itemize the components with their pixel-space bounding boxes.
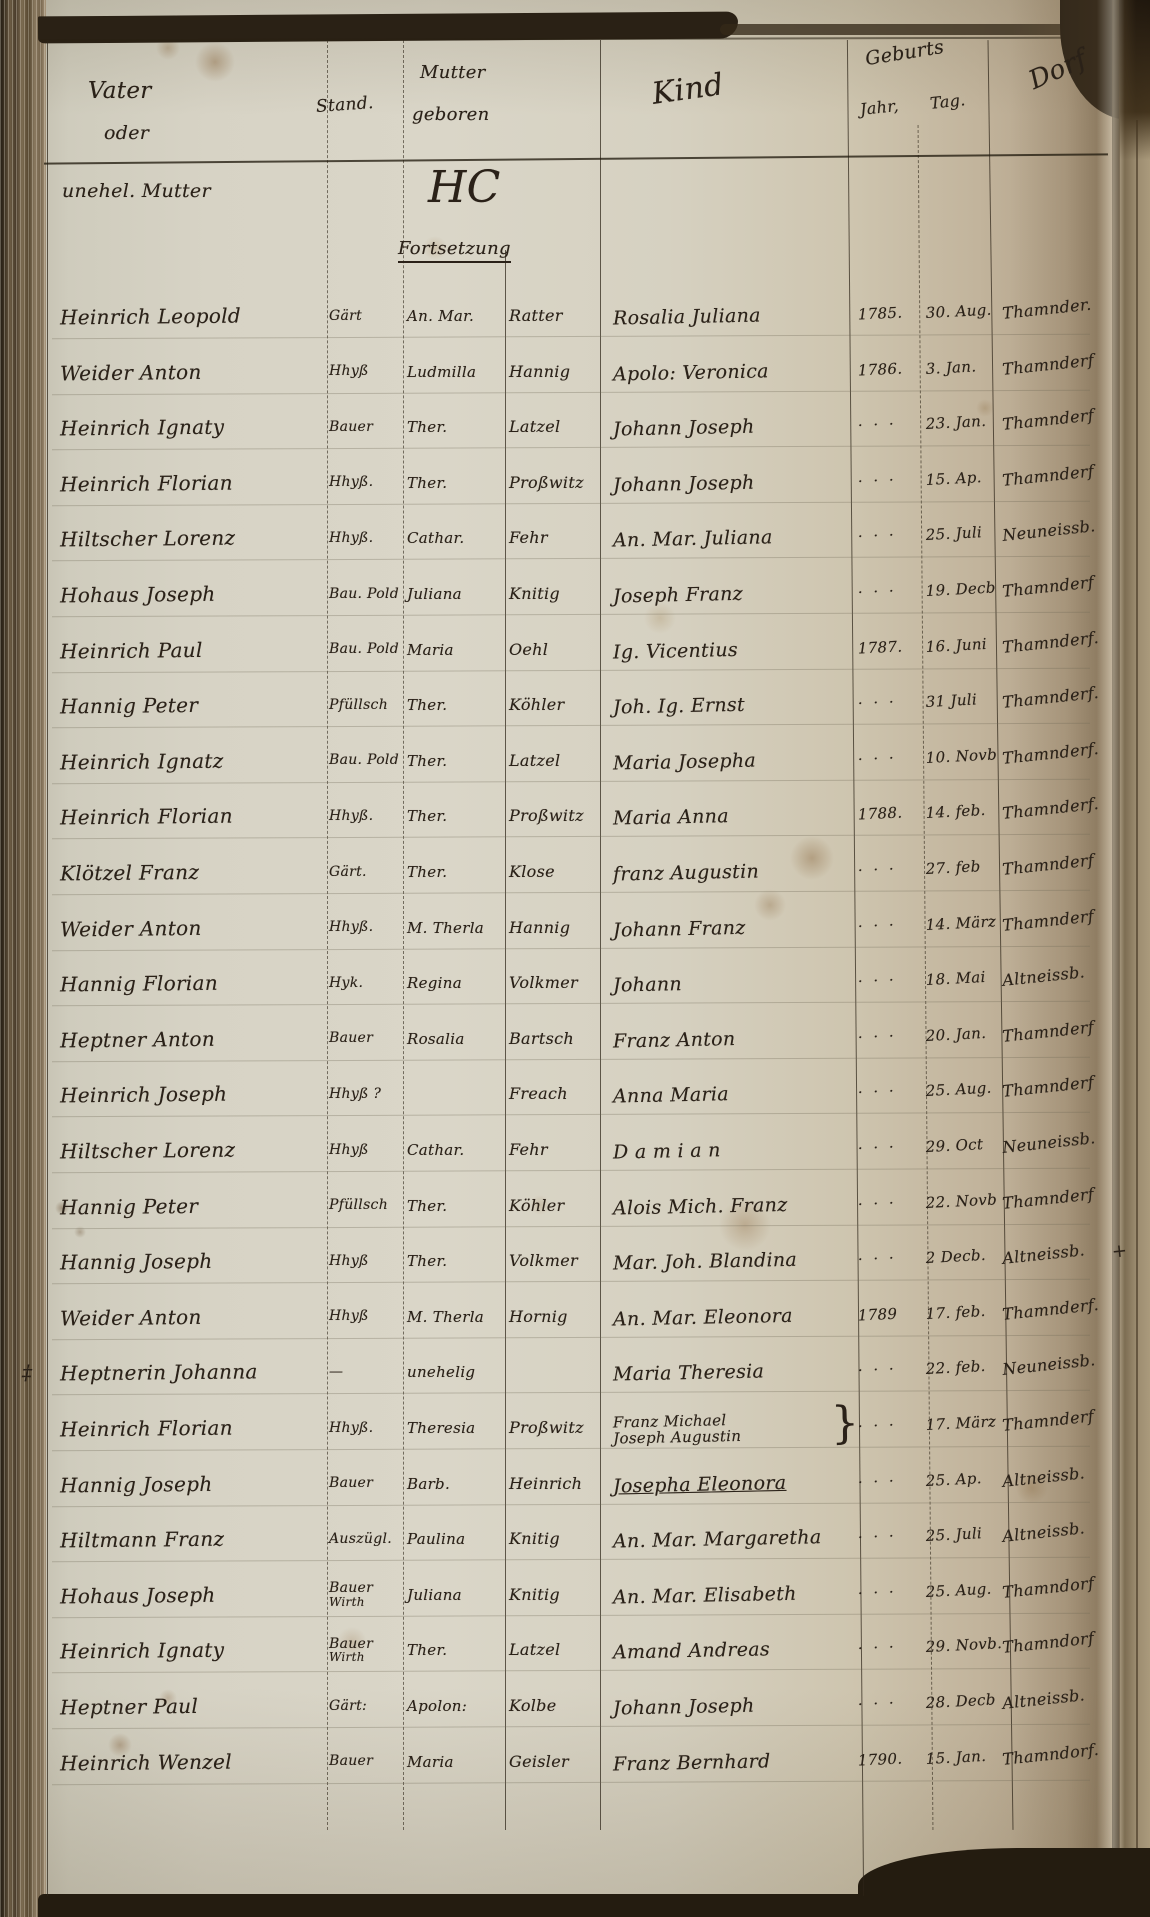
cell-mother-surname: Fehr xyxy=(509,510,605,566)
cell-mother-surname xyxy=(509,1344,605,1400)
cell-mother-surname: Latzel xyxy=(509,733,605,789)
cell-birth-year: · · · xyxy=(857,395,925,454)
cell-father-name: Hannig Peter xyxy=(60,676,329,735)
cell-stand: Hhyß. xyxy=(329,510,405,566)
register-row: Weider AntonHhyßM. TherlaHornigAn. Mar. … xyxy=(0,1289,1150,1345)
cell-stand: Bau. Pold xyxy=(329,622,405,678)
cell-birth-day: 20. Jan. xyxy=(924,1004,1005,1064)
register-row: Hiltscher LorenzHhyßCathar.FehrD a m i a… xyxy=(0,1122,1150,1178)
cell-birth-year: · · · xyxy=(857,1562,925,1621)
cell-birth-day: 27. feb xyxy=(924,837,1005,897)
cell-birth-year: · · · xyxy=(857,1173,925,1232)
cell-mother-surname: Geisler xyxy=(509,1734,605,1790)
register-row: Hannig PeterPfüllschTher.KöhlerJoh. Ig. … xyxy=(0,677,1150,733)
cell-birth-year: · · · xyxy=(857,1507,925,1566)
cell-stand: Bauer xyxy=(329,1011,405,1067)
cell-mother-surname: Hannig xyxy=(509,344,605,400)
cell-mother-given: Ther. xyxy=(407,788,507,844)
cell-birth-day: 15. Jan. xyxy=(924,1727,1005,1787)
cell-child-name: Joseph Franz xyxy=(612,563,857,624)
cell-father-name: Hiltmann Franz xyxy=(60,1510,329,1569)
cell-mother-given: M. Therla xyxy=(407,1289,507,1345)
cell-father-name: Hannig Joseph xyxy=(60,1454,329,1513)
cell-stand: Hhyß xyxy=(329,1122,405,1178)
cell-father-name: Heptnerin Johanna xyxy=(60,1343,329,1402)
cell-birth-year: · · · xyxy=(857,840,925,899)
cell-stand: Hhyß. xyxy=(329,455,405,511)
cell-birth-year: · · · xyxy=(857,1340,925,1399)
cell-mother-surname: Bartsch xyxy=(509,1011,605,1067)
register-row: Heinrich IgnatyBauerTher.LatzelJohann Jo… xyxy=(0,399,1150,455)
cell-child-name: Johann Joseph xyxy=(612,1675,857,1736)
cell-stand: Gärt: xyxy=(329,1678,405,1734)
cell-birth-day: 14. feb. xyxy=(924,781,1005,841)
cell-mother-given: Cathar. xyxy=(407,510,507,566)
cell-father-name: Hiltscher Lorenz xyxy=(60,1121,329,1180)
register-row: Weider AntonHhyß.M. TherlaHannigJohann F… xyxy=(0,900,1150,956)
cell-birth-year: 1789 xyxy=(857,1284,925,1343)
cell-birth-day: 22. Novb xyxy=(924,1171,1005,1231)
register-row: Heinrich IgnatzBau. PoldTher.LatzelMaria… xyxy=(0,733,1150,789)
cell-mother-surname: Oehl xyxy=(509,622,605,678)
cell-mother-surname: Proßwitz xyxy=(509,1400,605,1456)
cell-mother-given: Ludmilla xyxy=(407,344,507,400)
cell-stand: Bau. Pold xyxy=(329,733,405,789)
cell-birth-year: · · · xyxy=(857,895,925,954)
cell-father-name: Weider Anton xyxy=(60,342,329,401)
cell-mother-given: Rosalia xyxy=(407,1011,507,1067)
cell-mother-given: Cathar. xyxy=(407,1122,507,1178)
cell-mother-surname: Volkmer xyxy=(509,1233,605,1289)
register-row: Heinrich PaulBau. PoldMariaOehlIg. Vicen… xyxy=(0,622,1150,678)
cell-birth-year: · · · xyxy=(857,1006,925,1065)
register-rows: Heinrich LeopoldGärtAn. Mar.RatterRosali… xyxy=(0,0,1150,1917)
cell-mother-surname: Kolbe xyxy=(509,1678,605,1734)
cell-mother-given: Maria xyxy=(407,1734,507,1790)
cell-stand: Pfüllsch xyxy=(329,677,405,733)
cell-child-name: Franz MichaelJoseph Augustin} xyxy=(612,1397,857,1458)
cell-mother-given: Ther. xyxy=(407,1622,507,1678)
cell-father-name: Hannig Joseph xyxy=(60,1232,329,1291)
cell-mother-given: Ther. xyxy=(407,677,507,733)
cell-stand: Bau. Pold xyxy=(329,566,405,622)
cell-birth-year: 1786. xyxy=(857,339,925,398)
register-row: Heinrich FlorianHhyß.Ther.ProßwitzJohann… xyxy=(0,455,1150,511)
cell-birth-day: 31 Juli xyxy=(924,670,1005,730)
cell-father-name: Heinrich Florian xyxy=(60,1399,329,1458)
cell-child-name: Johann Franz xyxy=(612,897,857,958)
cell-mother-given: Theresia xyxy=(407,1400,507,1456)
register-row: Hannig JosephHhyßTher.VolkmerMar. Joh. B… xyxy=(0,1233,1150,1289)
cell-birth-year: 1788. xyxy=(857,784,925,843)
cell-stand: Hhyß ? xyxy=(329,1066,405,1122)
cell-father-name: Hohaus Joseph xyxy=(60,565,329,624)
cell-mother-given: Ther. xyxy=(407,455,507,511)
register-row: Hiltmann FranzAuszügl.PaulinaKnitigAn. M… xyxy=(0,1511,1150,1567)
cell-child-name: franz Augustin xyxy=(612,841,857,902)
register-book-page: Vater oder unehel. Mutter Stand. Mutter … xyxy=(0,0,1150,1917)
cell-mother-surname: Ratter xyxy=(509,288,605,344)
cell-child-name: Franz Bernhard xyxy=(612,1731,857,1792)
cell-birth-year: · · · xyxy=(857,450,925,509)
register-row: Weider AntonHhyßLudmillaHannigApolo: Ver… xyxy=(0,344,1150,400)
cell-birth-day: 28. Decb xyxy=(924,1671,1005,1731)
cell-child-name: An. Mar. Elisabeth xyxy=(612,1564,857,1625)
cell-mother-surname: Latzel xyxy=(509,399,605,455)
cell-stand: Hhyß. xyxy=(329,788,405,844)
cell-mother-given: unehelig xyxy=(407,1344,507,1400)
cell-father-name: Weider Anton xyxy=(60,898,329,957)
cell-birth-year: · · · xyxy=(857,1674,925,1733)
cell-birth-year: · · · xyxy=(857,1396,925,1455)
cell-birth-day: 25. Ap. xyxy=(924,1449,1005,1509)
cell-mother-surname: Hannig xyxy=(509,900,605,956)
cell-stand: Bauer xyxy=(329,399,405,455)
cell-mother-given: Ther. xyxy=(407,844,507,900)
register-row: Klötzel FranzGärt.Ther.Klosefranz August… xyxy=(0,844,1150,900)
cell-child-name: An. Mar. Eleonora xyxy=(612,1286,857,1347)
register-row: Heptner AntonBauerRosaliaBartschFranz An… xyxy=(0,1011,1150,1067)
cell-mother-surname: Köhler xyxy=(509,1178,605,1234)
cell-birth-year: · · · xyxy=(857,1229,925,1288)
cell-stand: Hyk. xyxy=(329,955,405,1011)
cell-birth-day: 14. März xyxy=(924,893,1005,953)
cell-birth-day: 17. März xyxy=(924,1393,1005,1453)
cell-mother-given: Barb. xyxy=(407,1456,507,1512)
register-row: Heinrich FlorianHhyß.Ther.ProßwitzMaria … xyxy=(0,788,1150,844)
cell-father-name: Hannig Peter xyxy=(60,1176,329,1235)
cell-child-name: Alois Mich. Franz xyxy=(612,1175,857,1236)
cell-child-name: Joh. Ig. Ernst xyxy=(612,675,857,736)
cell-birth-day: 29. Oct xyxy=(924,1115,1005,1175)
cell-stand: Gärt xyxy=(329,288,405,344)
cell-child-name: Anna Maria xyxy=(612,1064,857,1125)
cell-birth-year: · · · xyxy=(857,951,925,1010)
register-row: Heinrich JosephHhyß ?FreachAnna Maria· ·… xyxy=(0,1066,1150,1122)
cell-mother-surname: Knitig xyxy=(509,566,605,622)
cell-father-name: Heinrich Florian xyxy=(60,453,329,512)
register-row: Hannig JosephBauerBarb.HeinrichJosepha E… xyxy=(0,1456,1150,1512)
register-row: Heptner PaulGärt:Apolon:KolbeJohann Jose… xyxy=(0,1678,1150,1734)
cell-birth-year: · · · xyxy=(857,562,925,621)
register-row: Heinrich IgnatyBauerWirthTher.LatzelAman… xyxy=(0,1622,1150,1678)
register-row: Heinrich LeopoldGärtAn. Mar.RatterRosali… xyxy=(0,288,1150,344)
cell-birth-year: 1790. xyxy=(857,1729,925,1788)
cell-mother-surname: Latzel xyxy=(509,1622,605,1678)
cell-birth-day: 19. Decb xyxy=(924,559,1005,619)
cell-mother-given: Ther. xyxy=(407,733,507,789)
cell-birth-year: · · · xyxy=(857,1451,925,1510)
cell-mother-surname: Fehr xyxy=(509,1122,605,1178)
cell-mother-surname: Heinrich xyxy=(509,1456,605,1512)
register-row: Hohaus JosephBauerWirthJulianaKnitigAn. … xyxy=(0,1567,1150,1623)
cell-father-name: Heinrich Wenzel xyxy=(60,1732,329,1791)
cell-birth-year: 1787. xyxy=(857,617,925,676)
cell-mother-given: Maria xyxy=(407,622,507,678)
cell-birth-day: 23. Jan. xyxy=(924,392,1005,452)
cell-mother-given: An. Mar. xyxy=(407,288,507,344)
register-row: Hannig PeterPfüllschTher.KöhlerAlois Mic… xyxy=(0,1178,1150,1234)
cell-birth-day: 25. Juli xyxy=(924,503,1005,563)
cell-birth-year: · · · xyxy=(857,1062,925,1121)
cell-stand: Hhyß xyxy=(329,1289,405,1345)
cell-child-name: Johann Joseph xyxy=(612,452,857,513)
cell-child-name: Amand Andreas xyxy=(612,1620,857,1681)
cell-mother-given xyxy=(407,1066,507,1122)
register-row: Hiltscher LorenzHhyß.Cathar.FehrAn. Mar.… xyxy=(0,510,1150,566)
cell-stand: — xyxy=(329,1344,405,1400)
cell-mother-given: M. Therla xyxy=(407,900,507,956)
grouping-brace: } xyxy=(830,1395,859,1452)
cell-father-name: Hannig Florian xyxy=(60,954,329,1013)
cell-father-name: Heinrich Ignatz xyxy=(60,731,329,790)
cell-father-name: Heinrich Florian xyxy=(60,787,329,846)
cell-father-name: Heptner Paul xyxy=(60,1677,329,1736)
cell-mother-surname: Proßwitz xyxy=(509,788,605,844)
cell-mother-surname: Klose xyxy=(509,844,605,900)
cell-mother-surname: Köhler xyxy=(509,677,605,733)
cell-birth-day: 10. Novb xyxy=(924,726,1005,786)
cell-birth-day: 22. feb. xyxy=(924,1337,1005,1397)
cell-father-name: Hohaus Joseph xyxy=(60,1565,329,1624)
cell-child-name: Josepha Eleonora xyxy=(612,1453,857,1514)
cell-stand: Bauer xyxy=(329,1456,405,1512)
cell-child-name: Johann xyxy=(612,953,857,1014)
cell-stand: BauerWirth xyxy=(329,1567,405,1623)
cell-birth-year: · · · xyxy=(857,1618,925,1677)
cell-child-name: Franz Anton xyxy=(612,1008,857,1069)
cell-stand: Hhyß xyxy=(329,344,405,400)
cell-father-name: Weider Anton xyxy=(60,1287,329,1346)
register-row: Hannig FlorianHyk.ReginaVolkmerJohann· ·… xyxy=(0,955,1150,1011)
cell-stand: Hhyß. xyxy=(329,900,405,956)
cell-child-name: Maria Josepha xyxy=(612,730,857,791)
cell-father-name: Heinrich Ignaty xyxy=(60,398,329,457)
cell-birth-year: · · · xyxy=(857,728,925,787)
cell-mother-surname: Knitig xyxy=(509,1511,605,1567)
cell-stand: BauerWirth xyxy=(329,1622,405,1678)
cell-child-name: D a m i a n xyxy=(612,1119,857,1180)
cell-mother-surname: Proßwitz xyxy=(509,455,605,511)
cell-birth-day: 15. Ap. xyxy=(924,448,1005,508)
cell-father-name: Hiltscher Lorenz xyxy=(60,509,329,568)
register-row: Heinrich FlorianHhyß.TheresiaProßwitzFra… xyxy=(0,1400,1150,1456)
cell-birth-day: 18. Mai xyxy=(924,948,1005,1008)
cell-village: Thamndorf. xyxy=(1000,1720,1117,1787)
cell-mother-given: Regina xyxy=(407,955,507,1011)
cell-birth-year: · · · xyxy=(857,506,925,565)
cell-mother-given: Apolon: xyxy=(407,1678,507,1734)
cell-birth-day: 25. Aug. xyxy=(924,1059,1005,1119)
cell-mother-given: Ther. xyxy=(407,1178,507,1234)
cell-birth-day: 16. Juni xyxy=(924,615,1005,675)
cell-birth-day: 17. feb. xyxy=(924,1282,1005,1342)
register-row: Hohaus JosephBau. PoldJulianaKnitigJosep… xyxy=(0,566,1150,622)
cell-mother-given: Juliana xyxy=(407,1567,507,1623)
cell-birth-year: 1785. xyxy=(857,284,925,343)
cell-stand: Gärt. xyxy=(329,844,405,900)
cell-mother-surname: Volkmer xyxy=(509,955,605,1011)
cell-birth-day: 29. Novb. xyxy=(924,1615,1005,1675)
cell-father-name: Heptner Anton xyxy=(60,1009,329,1068)
cell-mother-given: Paulina xyxy=(407,1511,507,1567)
cell-child-name: Ig. Vicentius xyxy=(612,619,857,680)
cell-mother-surname: Freach xyxy=(509,1066,605,1122)
cell-child-name: Rosalia Juliana xyxy=(612,285,857,346)
cell-birth-day: 25. Aug. xyxy=(924,1560,1005,1620)
cell-birth-day: 3. Jan. xyxy=(924,337,1005,397)
cell-father-name: Heinrich Leopold xyxy=(60,287,329,346)
cell-birth-year: · · · xyxy=(857,673,925,732)
cell-stand: Hhyß xyxy=(329,1233,405,1289)
cell-mother-surname: Hornig xyxy=(509,1289,605,1345)
cell-child-name: Johann Joseph xyxy=(612,397,857,458)
cell-father-name: Heinrich Joseph xyxy=(60,1065,329,1124)
cell-stand: Hhyß. xyxy=(329,1400,405,1456)
cell-child-name: Maria Anna xyxy=(612,786,857,847)
cell-child-name: An. Mar. Juliana xyxy=(612,508,857,569)
cell-child-name: Maria Theresia xyxy=(612,1342,857,1403)
cell-father-name: Heinrich Ignaty xyxy=(60,1621,329,1680)
cell-stand: Auszügl. xyxy=(329,1511,405,1567)
cell-birth-year: · · · xyxy=(857,1118,925,1177)
cell-birth-day: 25. Juli xyxy=(924,1504,1005,1564)
cell-stand: Pfüllsch xyxy=(329,1178,405,1234)
cell-mother-given: Juliana xyxy=(407,566,507,622)
cell-child-name: Mar. Joh. Blandina xyxy=(612,1231,857,1292)
cell-mother-surname: Knitig xyxy=(509,1567,605,1623)
cell-father-name: Heinrich Paul xyxy=(60,620,329,679)
register-row: ‡Heptnerin Johanna—uneheligMaria Theresi… xyxy=(0,1344,1150,1400)
cell-birth-day: 2 Decb. xyxy=(924,1226,1005,1286)
cell-mother-given: Ther. xyxy=(407,1233,507,1289)
cell-birth-day: 30. Aug. xyxy=(924,281,1005,341)
cell-child-name: An. Mar. Margaretha xyxy=(612,1509,857,1570)
cell-stand: Bauer xyxy=(329,1734,405,1790)
register-row: Heinrich WenzelBauerMariaGeislerFranz Be… xyxy=(0,1734,1150,1790)
cell-father-name: Klötzel Franz xyxy=(60,843,329,902)
margin-mark-right: + xyxy=(1109,1222,1145,1281)
cell-mother-given: Ther. xyxy=(407,399,507,455)
margin-mark: ‡ xyxy=(22,1344,48,1400)
cell-child-name: Apolo: Veronica xyxy=(612,341,857,402)
